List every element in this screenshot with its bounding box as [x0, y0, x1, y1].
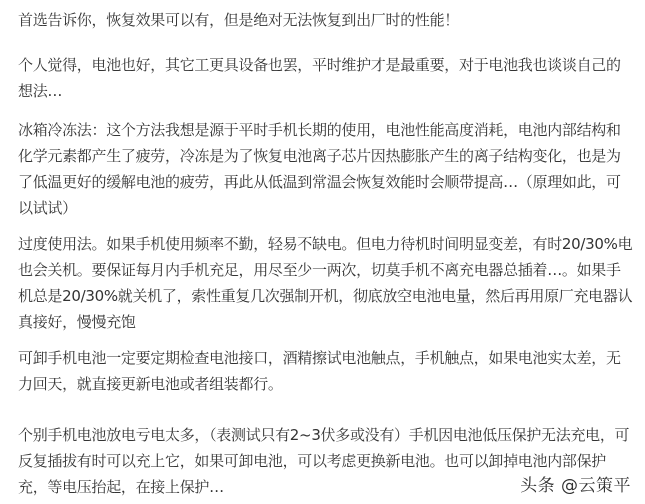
paragraph-overuse-method: 过度使用法。如果手机使用频率不勤，轻易不缺电。但电力待机时间明显变差，有时20/… [18, 231, 633, 335]
paragraph-removable-battery: 可卸手机电池一定要定期检查电池接口，酒精擦试电池触点，手机触点，如果电池实太差，… [18, 345, 633, 397]
paragraph-freezing-method: 冰箱冷冻法：这个方法我想是源于平时手机长期的使用，电池性能高度消耗，电池内部结构… [18, 117, 633, 221]
paragraph-intro: 首选告诉你，恢复效果可以有，但是绝对无法恢复到出厂时的性能！ [18, 7, 459, 33]
watermark: 头条 @云策平 [520, 471, 631, 496]
paragraph-maintenance: 个人觉得，电池也好，其它工更具设备也罢，平时维护才是最重要，对于电池我也谈谈自己… [18, 52, 633, 104]
